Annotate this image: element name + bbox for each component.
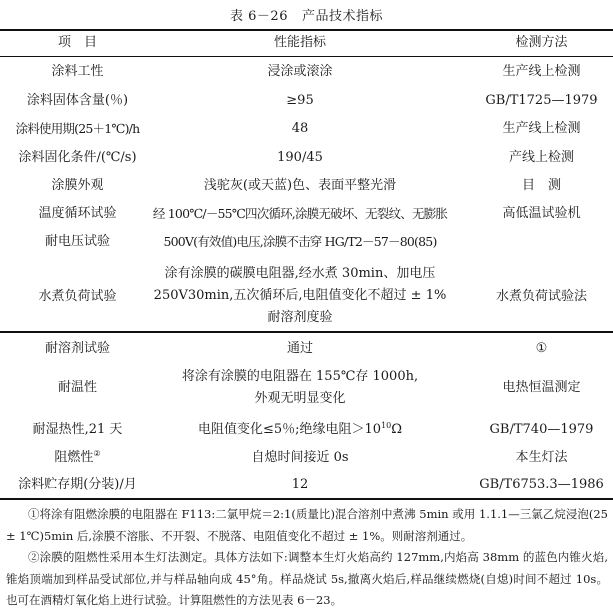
table-row: 涂料固体含量(％) ≥95 GB/T1725—1979 — [0, 89, 613, 113]
header-item: 项 目 — [0, 31, 155, 55]
method-cell: GB/T740—1979 — [470, 418, 613, 442]
method-cell: 产线上检测 — [470, 146, 613, 170]
footnote-ref: ② — [93, 449, 100, 458]
header-spec: 性能指标 — [150, 31, 450, 55]
method-cell: 水煮负荷试验法 — [470, 285, 613, 309]
table-notes: ①将涂有阻燃涂膜的电阻器在 F113:二氯甲烷＝2:1(质量比)混合溶剂中煮沸 … — [6, 504, 608, 612]
spec-text: 电阻值变化≤5％;绝缘电阻＞10 — [198, 422, 381, 437]
table-caption: 表 6－26产品技术指标 — [0, 5, 613, 24]
spec-cell: 500V(有效值)电压,涂膜不击穿 HG/T2－57－80(85) — [150, 230, 450, 254]
spec-cell: 浸涂或滚涂 — [150, 60, 450, 84]
spec-line: 将涂有涂膜的电阻器在 155℃存 1000h, — [150, 366, 450, 388]
method-cell: 生产线上检测 — [470, 117, 613, 141]
item-cell: 温度循环试验 — [0, 202, 155, 226]
table-title: 产品技术指标 — [302, 9, 383, 24]
spec-cell: 将涂有涂膜的电阻器在 155℃存 1000h, 外观无明显变化 — [150, 366, 450, 410]
spec-cell: 自熄时间接近 0s — [150, 446, 450, 470]
spec-cell: 电阻值变化≤5％;绝缘电阻＞1010Ω — [150, 418, 450, 442]
item-cell: 涂料工性 — [0, 60, 155, 84]
spec-cell: ≥95 — [150, 89, 450, 113]
table-row: 耐湿热性,21 天 电阻值变化≤5％;绝缘电阻＞1010Ω GB/T740—19… — [0, 418, 613, 442]
spec-cell: 涂有涂膜的碳膜电阻器,经水煮 30min、加电压 250V30min,五次循环后… — [130, 263, 470, 329]
table-row: 涂料使用期(25＋1℃)/h 48 生产线上检测 — [0, 117, 613, 141]
method-cell: ① — [470, 337, 613, 361]
spec-cell: 12 — [150, 473, 450, 497]
item-cell: 涂料固化条件/(℃/s) — [0, 146, 155, 170]
footnote-2: ②涂膜的阻燃性采用本生灯法测定。具体方法如下:调整本生灯火焰高约 127mm,内… — [6, 547, 608, 612]
item-cell: 涂料贮存期(分装)/月 — [0, 473, 155, 497]
item-cell: 阻燃性② — [0, 446, 155, 470]
section-rule — [0, 331, 613, 333]
method-cell: GB/T1725—1979 — [470, 89, 613, 113]
method-cell: 电热恒温测定 — [470, 376, 613, 400]
table-row: 耐温性 将涂有涂膜的电阻器在 155℃存 1000h, 外观无明显变化 电热恒温… — [0, 366, 613, 410]
item-cell: 耐电压试验 — [0, 230, 155, 254]
table-number: 表 6－26 — [230, 9, 288, 24]
item-cell: 耐温性 — [0, 376, 155, 400]
table-row: 涂料固化条件/(℃/s) 190/45 产线上检测 — [0, 146, 613, 170]
table-row: 涂料工性 浸涂或滚涂 生产线上检测 — [0, 60, 613, 84]
table-row: 涂料贮存期(分装)/月 12 GB/T6753.3—1986 — [0, 473, 613, 497]
bottom-rule — [0, 498, 613, 500]
item-cell: 耐溶剂试验 — [0, 337, 155, 361]
spec-cell: 190/45 — [150, 146, 450, 170]
spec-cell: 经 100℃/－55℃四次循环,涂膜无破坏、无裂纹、无膨胀 — [150, 202, 450, 226]
item-cell: 涂膜外观 — [0, 174, 155, 198]
spec-cell: 48 — [150, 117, 450, 141]
method-cell: 目 测 — [470, 174, 613, 198]
spec-line: 涂有涂膜的碳膜电阻器,经水煮 30min、加电压 — [130, 263, 470, 285]
ohm-unit: Ω — [391, 422, 402, 437]
method-cell: GB/T6753.3—1986 — [470, 473, 613, 497]
table-row: 耐电压试验 500V(有效值)电压,涂膜不击穿 HG/T2－57－80(85) — [0, 230, 613, 254]
table-row: 温度循环试验 经 100℃/－55℃四次循环,涂膜无破坏、无裂纹、无膨胀 高低温… — [0, 202, 613, 226]
header-method: 检测方法 — [470, 31, 613, 55]
method-cell: 本生灯法 — [470, 446, 613, 470]
table-row: 涂膜外观 浅驼灰(或天蓝)色、表面平整光滑 目 测 — [0, 174, 613, 198]
table-row: 阻燃性② 自熄时间接近 0s 本生灯法 — [0, 446, 613, 470]
item-text: 阻燃性 — [54, 450, 93, 465]
method-cell: 生产线上检测 — [470, 60, 613, 84]
exponent: 10 — [381, 421, 391, 430]
spec-line: 耐溶剂度验 — [130, 307, 470, 329]
header-rule — [0, 56, 613, 57]
table-row: 水煮负荷试验 涂有涂膜的碳膜电阻器,经水煮 30min、加电压 250V30mi… — [0, 263, 613, 329]
item-cell: 涂料使用期(25＋1℃)/h — [0, 117, 155, 141]
method-cell: 高低温试验机 — [470, 202, 613, 226]
item-cell: 涂料固体含量(％) — [0, 89, 155, 113]
spec-cell: 浅驼灰(或天蓝)色、表面平整光滑 — [150, 174, 450, 198]
table-row: 耐溶剂试验 通过 ① — [0, 337, 613, 361]
item-cell: 耐湿热性,21 天 — [0, 418, 155, 442]
spec-line: 外观无明显变化 — [150, 388, 450, 410]
footnote-1: ①将涂有阻燃涂膜的电阻器在 F113:二氯甲烷＝2:1(质量比)混合溶剂中煮沸 … — [6, 504, 608, 547]
spec-line: 250V30min,五次循环后,电阻值变化不超过 ± 1% — [130, 285, 470, 307]
spec-cell: 通过 — [150, 337, 450, 361]
header-row: 项 目 性能指标 检测方法 — [0, 31, 613, 55]
